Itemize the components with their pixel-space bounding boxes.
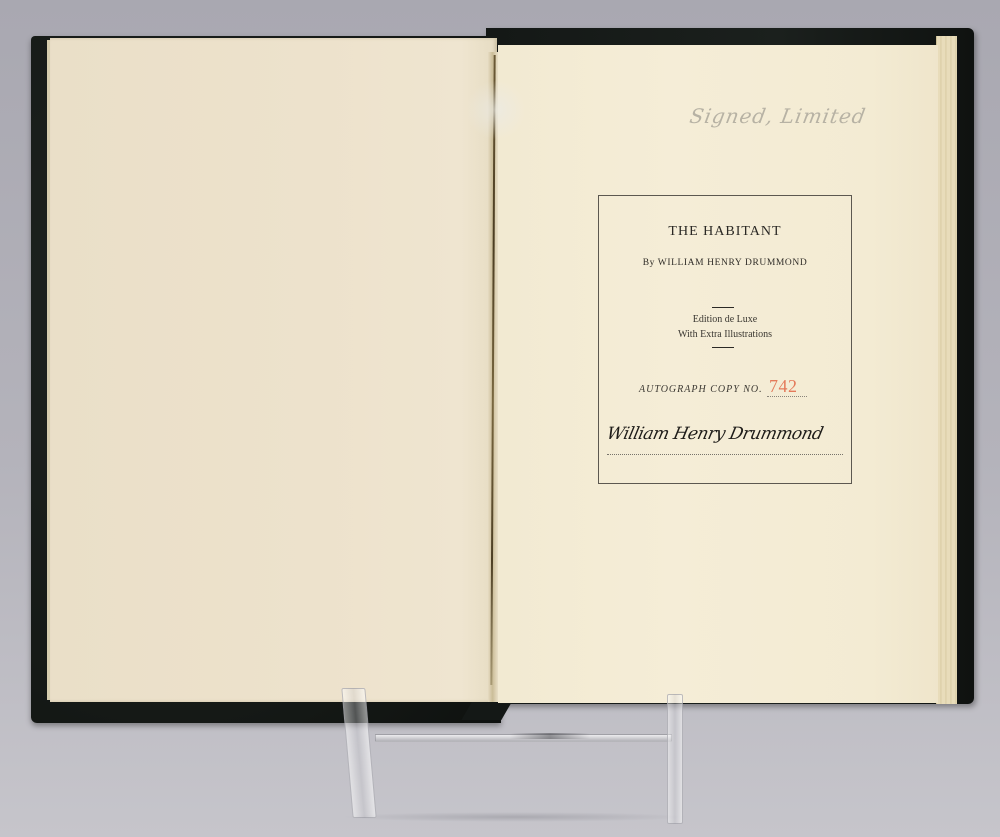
rule-top [712,307,734,308]
autograph-label: AUTOGRAPH COPY NO. [639,384,763,395]
rule-bottom [712,347,734,348]
left-page [50,38,497,702]
author-line: By WILLIAM HENRY DRUMMOND [599,258,851,268]
copy-number: 742 [769,376,798,397]
title-plate: THE HABITANT By WILLIAM HENRY DRUMMOND E… [598,195,852,484]
photo-scene: Signed, Limited THE HABITANT By WILLIAM … [0,0,1000,837]
signature-line [607,454,843,455]
author-signature: William Henry Drummond [605,424,849,444]
book-title: THE HABITANT [599,224,851,240]
page-block-edge [936,36,957,704]
stand-shadow [340,812,690,822]
tape-residue [466,80,526,140]
stand-leg-right [667,694,683,824]
pencil-annotation: Signed, Limited [688,104,868,128]
copy-number-underline [767,396,807,398]
extra-illustrations-line: With Extra Illustrations [599,329,851,340]
stand-label [510,733,590,739]
edition-line: Edition de Luxe [599,314,851,325]
